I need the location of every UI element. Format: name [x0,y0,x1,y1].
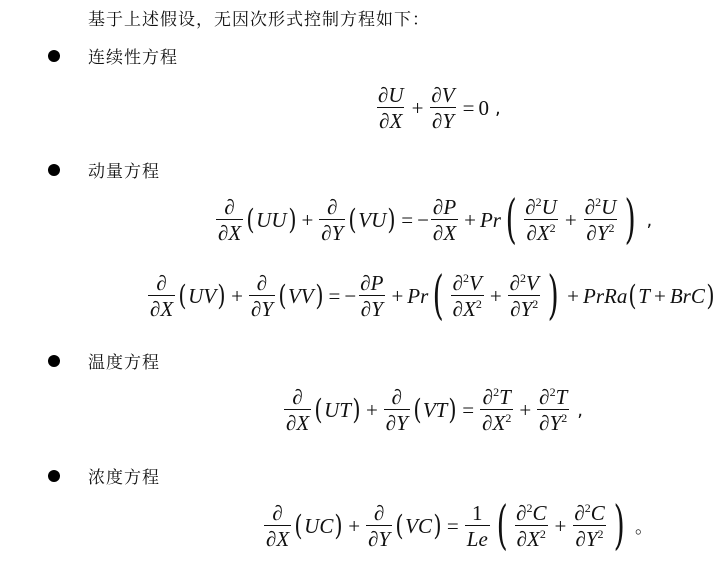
heading-text: 温度方程 [88,348,160,373]
fraction: ∂U∂X [376,84,406,132]
section-heading-concentration: 浓度方程 [48,463,160,488]
section-heading-temperature: 温度方程 [48,348,160,373]
bullet-icon [48,164,60,176]
bullet-icon [48,50,60,62]
equation-continuity: ∂U∂X + ∂V∂Y = 0 , [374,84,501,132]
heading-text: 浓度方程 [88,463,160,488]
heading-text: 动量方程 [88,157,160,182]
section-heading-continuity: 连续性方程 [48,43,178,68]
equation-momentum-x: ∂∂X (UU) + ∂∂Y (VU) =− ∂P∂X +Pr ( ∂2U∂X2… [214,194,652,246]
fraction: ∂V∂Y [429,84,456,132]
bullet-icon [48,355,60,367]
equation-concentration: ∂∂X (UC) + ∂∂Y (VC) = 1Le ( ∂2C∂X2 + ∂2C… [262,500,653,552]
section-heading-momentum: 动量方程 [48,157,160,182]
bullet-icon [48,470,60,482]
equation-momentum-y: ∂∂X (UV) + ∂∂Y (VV) =− ∂P∂Y +Pr ( ∂2V∂X2… [146,270,715,322]
equation-temperature: ∂∂X (UT) + ∂∂Y (VT) = ∂2T∂X2 + ∂2T∂Y2 , [282,386,583,434]
intro-text: 基于上述假设，无因次形式控制方程如下： [88,5,430,30]
heading-text: 连续性方程 [88,43,178,68]
